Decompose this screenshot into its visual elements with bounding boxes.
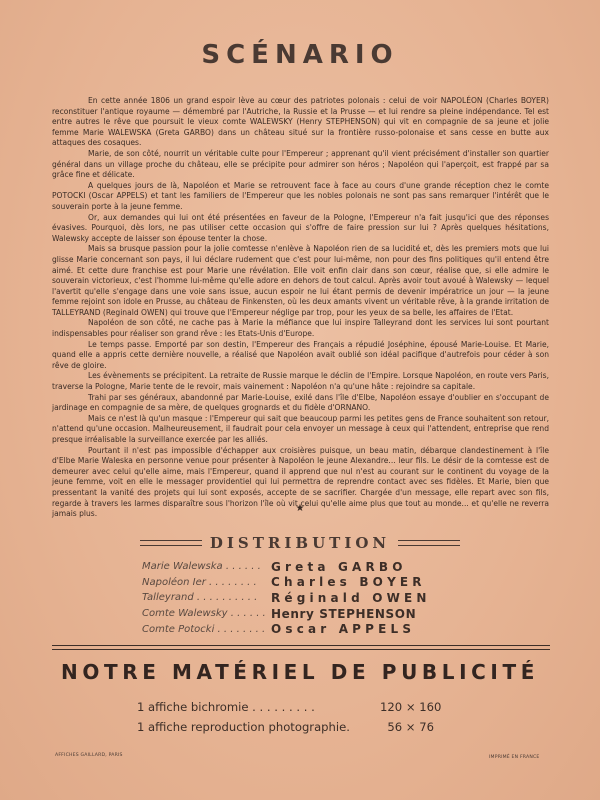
cast-actor: C h a r l e s B O Y E R — [271, 575, 462, 589]
star-icon: ★ — [0, 503, 600, 514]
distribution-title: DISTRIBUTION — [202, 534, 398, 552]
publicity-item-label: 1 affiche bichromie . . . . . . . . . — [137, 700, 380, 714]
cast-row: Marie Walewska . . . . . . G r e t a G A… — [142, 559, 462, 575]
synopsis-paragraph: Le temps passe. Emporté par son destin, … — [52, 340, 549, 372]
page-title: SCÉNARIO — [0, 40, 600, 70]
heading-rule-right — [398, 540, 460, 546]
publicity-item-size: 120 × 160 — [380, 700, 467, 714]
cast-actor: R é g i n a l d O W E N — [271, 591, 462, 605]
synopsis-paragraph: Mais sa brusque passion pour la jolie co… — [52, 244, 549, 318]
cast-row: Talleyrand . . . . . . . . . . R é g i n… — [142, 590, 462, 606]
cast-row: Napoléon Ier . . . . . . . . C h a r l e… — [142, 575, 462, 591]
cast-row: Comte Potocki . . . . . . . . O s c a r … — [142, 621, 462, 637]
section-divider — [52, 645, 550, 650]
synopsis-paragraph: A quelques jours de là, Napoléon et Mari… — [52, 181, 549, 213]
publicity-item-size: 56 × 76 — [380, 720, 467, 734]
cast-list: Marie Walewska . . . . . . G r e t a G A… — [142, 559, 462, 637]
synopsis-paragraph: En cette année 1806 un grand espoir lève… — [52, 96, 549, 149]
cast-actor: G r e t a G A R B O — [271, 560, 462, 574]
cast-actor: Henry STEPHENSON — [271, 607, 462, 621]
synopsis-paragraph: Les évènements se précipitent. La retrai… — [52, 371, 549, 392]
printer-credit: AFFICHES GAILLARD, PARIS — [55, 753, 123, 758]
print-origin: IMPRIMÉ EN FRANCE — [489, 755, 540, 760]
cast-role: Talleyrand . . . . . . . . . . — [142, 592, 271, 603]
publicity-list: 1 affiche bichromie . . . . . . . . . 12… — [137, 697, 467, 737]
publicity-item-label: 1 affiche reproduction photographie. — [137, 720, 380, 734]
synopsis-paragraph: Mais ce n'est là qu'un masque : l'Empere… — [52, 414, 549, 446]
distribution-heading: DISTRIBUTION — [140, 534, 460, 552]
cast-role: Comte Potocki . . . . . . . . — [142, 624, 271, 635]
synopsis-paragraph: Marie, de son côté, nourrit un véritable… — [52, 149, 549, 181]
publicity-item: 1 affiche bichromie . . . . . . . . . 12… — [137, 697, 467, 717]
cast-role: Marie Walewska . . . . . . — [142, 561, 271, 572]
synopsis-paragraph: Napoléon de son côté, ne cache pas à Mar… — [52, 318, 549, 339]
cast-role: Napoléon Ier . . . . . . . . — [142, 577, 271, 588]
cast-actor: O s c a r A P P E L S — [271, 622, 462, 636]
synopsis-paragraph: Or, aux demandes qui lui ont été présent… — [52, 213, 549, 245]
document-page: SCÉNARIO En cette année 1806 un grand es… — [0, 0, 600, 800]
cast-role: Comte Walewsky . . . . . . — [142, 608, 271, 619]
synopsis-paragraph: Trahi par ses généraux, abandonné par Ma… — [52, 393, 549, 414]
cast-row: Comte Walewsky . . . . . . Henry STEPHEN… — [142, 606, 462, 622]
heading-rule-left — [140, 540, 202, 546]
publicity-heading: NOTRE MATÉRIEL DE PUBLICITÉ — [0, 660, 600, 684]
synopsis-text: En cette année 1806 un grand espoir lève… — [52, 96, 549, 520]
publicity-item: 1 affiche reproduction photographie. 56 … — [137, 717, 467, 737]
